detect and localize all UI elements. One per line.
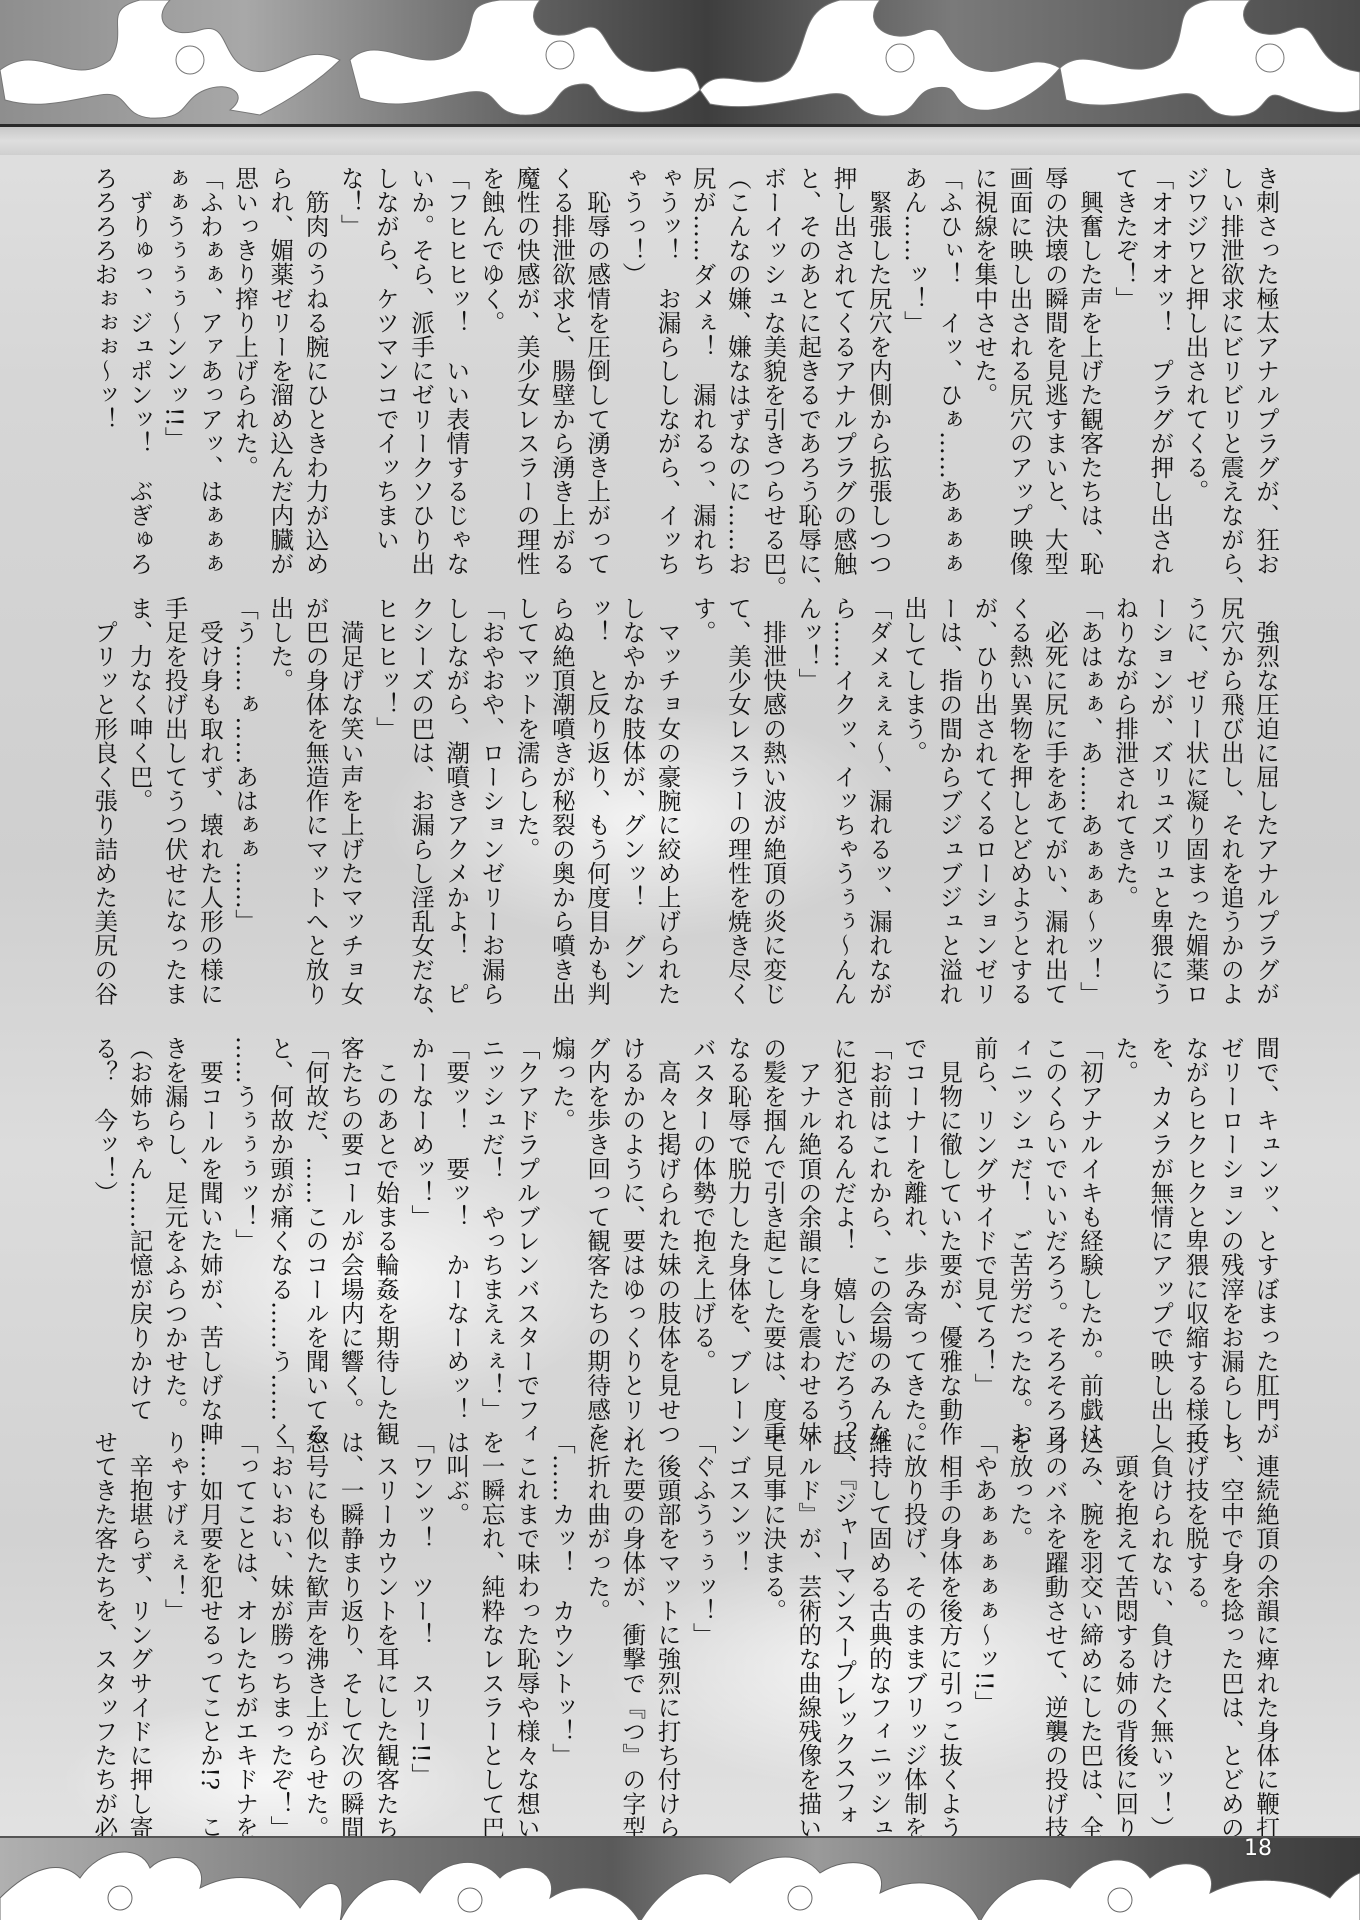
text-line: ーは、指の間からブジュブジュと溢れ bbox=[931, 596, 966, 1016]
text-line: 技、『ジャーマンスープレックスフォ bbox=[825, 1430, 860, 1830]
text-line: ……うぅぅぅッ！」 bbox=[227, 1036, 262, 1456]
text-line: れた要の身体が、衝撃で『つ』の字型 bbox=[614, 1430, 649, 1830]
text-line: 排泄快感の熱い波が絶頂の炎に変じ bbox=[755, 596, 790, 1016]
text-line: 要コールを聞いた姉が、苦しげな呻 bbox=[192, 1036, 227, 1456]
text-line: ち、空中で身を捻った巴は、とどめの bbox=[1213, 1430, 1248, 1830]
text-line: ずりゅっ、ジュポンッ！ ぶぎゅろ bbox=[121, 166, 156, 576]
text-line: が、ひり出されてくるローションゼリ bbox=[966, 596, 1001, 1016]
text-line: 筋肉のうねる腕にひときわ力が込め bbox=[297, 166, 332, 576]
text-line: は叫ぶ。 bbox=[438, 1430, 473, 1830]
text-tier-3: 間で、キュンッ、とすぼまった肛門が ゼリーローションの残滓をお漏らしし ながらヒ… bbox=[165, 1036, 1283, 1456]
tribal-ornament-icon bbox=[0, 0, 1360, 124]
text-line: ろろろろおぉぉぉ～ッ！ bbox=[86, 166, 121, 576]
text-line: 「……カッ！ カウントッ！」 bbox=[544, 1430, 579, 1830]
text-line: 「ふわぁぁ、アァあっアッ、はぁぁぁ bbox=[192, 166, 227, 576]
text-line: ィニッシュだ！ ご苦労だったな。お bbox=[1001, 1036, 1036, 1456]
text-line: らぬ絶頂潮噴きが秘裂の奥から噴き出 bbox=[544, 596, 579, 1016]
text-line: に放り投げ、そのままブリッジ体制を bbox=[896, 1430, 931, 1830]
text-line: （こんなの嫌、嫌なはずなのに……お bbox=[720, 166, 755, 576]
text-line: る？ 今ッ！） bbox=[86, 1036, 121, 1456]
text-line: 「ぐふうぅぅッ！」 bbox=[685, 1430, 720, 1830]
text-line: してマットを濡らした。 bbox=[509, 596, 544, 1016]
text-line: しなやかな肢体が、グンッ！ グン bbox=[614, 596, 649, 1016]
text-line: 辱の決壊の瞬間を見逃すまいと、大型 bbox=[1037, 166, 1072, 576]
text-line: 客たちの要コールが会場内に響く。 bbox=[333, 1036, 368, 1456]
text-line: 恥辱の感情を圧倒して湧き上がって bbox=[579, 166, 614, 576]
text-line: これまで味わった恥辱や様々な想い bbox=[509, 1430, 544, 1830]
text-line: 辛抱堪らず、リングサイドに押し寄 bbox=[121, 1430, 156, 1830]
text-line: このくらいでいいだろう。そろそろフ bbox=[1037, 1036, 1072, 1456]
text-line: （お姉ちゃん……記憶が戻りかけて bbox=[121, 1036, 156, 1456]
text-line: ジワジワと押し出されてくる。 bbox=[1177, 166, 1212, 576]
text-tier-1: き刺さった極太アナルプラグが、狂お しい排泄欲求にビリビリと震えながら、 ジワジ… bbox=[165, 166, 1283, 576]
text-tier-4: 連続絶頂の余韻に痺れた身体に鞭打 ち、空中で身を捻った巴は、とどめの 投げ技を脱… bbox=[165, 1430, 1283, 1830]
text-line: クシーズの巴は、お漏らし淫乱女だな、 bbox=[403, 596, 438, 1016]
text-line: ら……イクッ、イッちゃうぅぅ～んん bbox=[825, 596, 860, 1016]
text-line: 「クアドラプルブレンバスターでフィ bbox=[509, 1036, 544, 1456]
text-line: られ、媚薬ゼリーを溜め込んだ内臓が bbox=[262, 166, 297, 576]
text-line: プリッと形良く張り詰めた美尻の谷 bbox=[86, 596, 121, 1016]
text-line: ボーイッシュな美貌を引きつらせる巴。 bbox=[755, 166, 790, 576]
text-line: てきたぞ！」 bbox=[1107, 166, 1142, 576]
text-line: き刺さった極太アナルプラグが、狂お bbox=[1248, 166, 1283, 576]
text-line: ま、力なく呻く巴。 bbox=[121, 596, 156, 1016]
text-line: なる恥辱で脱力した身体を、ブレーン bbox=[720, 1036, 755, 1456]
text-line: スリーカウントを耳にした観客たち bbox=[368, 1430, 403, 1830]
text-line: 投げ技を脱する。 bbox=[1177, 1430, 1212, 1830]
header-border bbox=[0, 0, 1360, 127]
text-line: 「ってことは、オレたちがエキドナを bbox=[227, 1430, 262, 1830]
text-line: に視線を集中させた。 bbox=[966, 166, 1001, 576]
text-line: かーなーめッ！」 bbox=[403, 1036, 438, 1456]
text-line: 出してしまう。 bbox=[896, 596, 931, 1016]
text-line: んッ！」 bbox=[790, 596, 825, 1016]
text-line: 「やあぁぁぁぁぁ～ッ!!」 bbox=[966, 1430, 1001, 1830]
text-line: 「ふひぃ！ イッ、ひぁ……あぁぁぁ bbox=[931, 166, 966, 576]
text-line: 出した。 bbox=[262, 596, 297, 1016]
text-line: ねりながら排泄されてきた。 bbox=[1107, 596, 1142, 1016]
text-line: す。 bbox=[685, 596, 720, 1016]
text-line: に折れ曲がった。 bbox=[579, 1430, 614, 1830]
text-line: 「あはぁぁ、あ……あぁぁぁ～ッ！」 bbox=[1072, 596, 1107, 1016]
text-line: の髪を掴んで引き起こした要は、度重 bbox=[755, 1036, 790, 1456]
text-line: と、そのあとに起きるであろう恥辱に、 bbox=[790, 166, 825, 576]
text-line: が巴の身体を無造作にマットへと放り bbox=[297, 596, 332, 1016]
text-line: ……如月要を犯せるってことか!? こ bbox=[192, 1430, 227, 1830]
text-line: と、何故か頭が痛くなる……う……く bbox=[262, 1036, 297, 1456]
text-line: 画面に映し出される尻穴のアップ映像 bbox=[1001, 166, 1036, 576]
text-line: くる排泄欲求と、腸壁から湧き上がる bbox=[544, 166, 579, 576]
text-line: 「何故だ、……このコールを聞いてる bbox=[297, 1036, 332, 1456]
text-line: いか。そら、派手にゼリークソひり出 bbox=[403, 166, 438, 576]
text-line: 身のバネを躍動させて、逆襲の投げ技 bbox=[1037, 1430, 1072, 1830]
text-line: あん……ッ！」 bbox=[896, 166, 931, 576]
text-line: 緊張した尻穴を内側から拡張しつつ bbox=[861, 166, 896, 576]
text-line: ールド』が、芸術的な曲線残像を描い bbox=[790, 1430, 825, 1830]
text-line: けるかのように、要はゆっくりとリン bbox=[614, 1036, 649, 1456]
text-line: た。 bbox=[1107, 1036, 1142, 1456]
text-line: 尻が……ダメぇ！ 漏れるっ、漏れち bbox=[685, 166, 720, 576]
text-line: 強烈な圧迫に屈したアナルプラグが bbox=[1248, 596, 1283, 1016]
text-line: に犯されるんだよ！ 嬉しいだろう？」 bbox=[825, 1036, 860, 1456]
text-line: 後頭部をマットに強烈に打ち付けら bbox=[649, 1430, 684, 1830]
text-line: な！」 bbox=[333, 166, 368, 576]
text-line: ながらヒクヒクと卑猥に収縮する様子 bbox=[1177, 1036, 1212, 1456]
text-line: 「フヒヒヒッ！ いい表情するじゃな bbox=[438, 166, 473, 576]
text-line: ゃうッ！ お漏らししながら、イッち bbox=[649, 166, 684, 576]
text-line: を一瞬忘れ、純粋なレスラーとして巴 bbox=[473, 1430, 508, 1830]
text-line: ニッシュだ！ やっちまえぇぇ！」 bbox=[473, 1036, 508, 1456]
text-line: 「う……ぁ……あはぁぁ……」 bbox=[227, 596, 262, 1016]
header-silver-band bbox=[0, 127, 1360, 155]
text-line: 維持して固める古典的なフィニッシュ bbox=[861, 1430, 896, 1830]
text-line: 「おいおい、妹が勝っちまったぞ！」 bbox=[262, 1430, 297, 1830]
text-line: は、一瞬静まり返り、そして次の瞬間、 bbox=[333, 1430, 368, 1830]
text-line: （負けられない、負けたく無いッ！） bbox=[1142, 1430, 1177, 1830]
footer-border bbox=[0, 1836, 1360, 1920]
text-line: 「ワンッ！ ツー！ スリー!!」 bbox=[403, 1430, 438, 1830]
text-line: 見物に徹していた要が、優雅な動作 bbox=[931, 1036, 966, 1456]
text-line: ぁぁうぅぅぅ～ンンッ!!」 bbox=[157, 166, 192, 576]
text-line: しい排泄欲求にビリビリと震えながら、 bbox=[1213, 166, 1248, 576]
text-line: 込み、腕を羽交い締めにした巴は、全 bbox=[1072, 1430, 1107, 1830]
text-line: を、カメラが無情にアップで映し出し bbox=[1142, 1036, 1177, 1456]
tribal-ornament-icon bbox=[0, 1838, 1360, 1920]
text-line: ヒヒヒッ！」 bbox=[368, 596, 403, 1016]
text-line: マッチョ女の豪腕に絞め上げられた bbox=[649, 596, 684, 1016]
text-line: せてきた客たちを、スタッフたちが必 bbox=[86, 1430, 121, 1830]
text-line: 「お前はこれから、この会場のみんな bbox=[861, 1036, 896, 1456]
text-line: 受け身も取れず、壊れた人形の様に bbox=[192, 596, 227, 1016]
text-line: アナル絶頂の余韻に身を震わせる妹 bbox=[790, 1036, 825, 1456]
text-line: しながら、ケツマンコでイッちまい bbox=[368, 166, 403, 576]
text-line: バスターの体勢で抱え上げる。 bbox=[685, 1036, 720, 1456]
text-line: 「初アナルイキも経験したか。前戯は bbox=[1072, 1036, 1107, 1456]
text-line: グ内を歩き回って観客たちの期待感を bbox=[579, 1036, 614, 1456]
text-line: このあとで始まる輪姦を期待した観 bbox=[368, 1036, 403, 1456]
text-line: を蝕んでゆく。 bbox=[473, 166, 508, 576]
text-line: 間で、キュンッ、とすぼまった肛門が bbox=[1248, 1036, 1283, 1456]
text-line: 尻穴から飛び出し、それを追うかのよ bbox=[1213, 596, 1248, 1016]
text-line: りゃすげぇぇ！」 bbox=[157, 1430, 192, 1830]
text-line: 思いっきり搾り上げられた。 bbox=[227, 166, 262, 576]
text-line: 魔性の快感が、美少女レスラーの理性 bbox=[509, 166, 544, 576]
text-line: 相手の身体を後方に引っこ抜くよう bbox=[931, 1430, 966, 1830]
text-line: 「おやおや、ローションゼリーお漏ら bbox=[473, 596, 508, 1016]
text-line: て、美少女レスラーの理性を焼き尽く bbox=[720, 596, 755, 1016]
text-line: きを漏らし、足元をふらつかせた。 bbox=[157, 1036, 192, 1456]
text-line: 連続絶頂の余韻に痺れた身体に鞭打 bbox=[1248, 1430, 1283, 1830]
text-line: 「オオオオッ！ プラグが押し出され bbox=[1142, 166, 1177, 576]
text-line: 前ら、リングサイドで見てろ！」 bbox=[966, 1036, 1001, 1456]
text-line: ししながら、潮噴きアクメかよ！ ピ bbox=[438, 596, 473, 1016]
text-line: うに、ゼリー状に凝り固まった媚薬ロ bbox=[1177, 596, 1212, 1016]
text-line: て見事に決まる。 bbox=[755, 1430, 790, 1830]
text-line: 興奮した声を上げた観客たちは、恥 bbox=[1072, 166, 1107, 576]
text-line: ッ！ と反り返り、もう何度目かも判 bbox=[579, 596, 614, 1016]
text-line: くる熱い異物を押しとどめようとする bbox=[1001, 596, 1036, 1016]
text-tier-2: 強烈な圧迫に屈したアナルプラグが 尻穴から飛び出し、それを追うかのよ うに、ゼリ… bbox=[165, 596, 1283, 1016]
text-line: 煽った。 bbox=[544, 1036, 579, 1456]
text-line: 「要ッ！ 要ッ！ かーなーめッ！ bbox=[438, 1036, 473, 1456]
text-line: ゼリーローションの残滓をお漏らしし bbox=[1213, 1036, 1248, 1456]
text-line: ゴスンッ！ bbox=[720, 1430, 755, 1830]
text-line: 押し出されてくるアナルプラグの感触 bbox=[825, 166, 860, 576]
text-line: 怒号にも似た歓声を沸き上がらせた。 bbox=[297, 1430, 332, 1830]
text-line: 満足げな笑い声を上げたマッチョ女 bbox=[333, 596, 368, 1016]
text-line: を放った。 bbox=[1001, 1430, 1036, 1830]
text-line: 頭を抱えて苦悶する姉の背後に回り bbox=[1107, 1430, 1142, 1830]
text-line: 「ダメぇぇぇ～、漏れるッ、漏れなが bbox=[861, 596, 896, 1016]
page-number: 18 bbox=[1244, 1836, 1272, 1861]
text-line: 高々と掲げられた妹の肢体を見せつ bbox=[649, 1036, 684, 1456]
text-line: 手足を投げ出してうつ伏せになったま bbox=[157, 596, 192, 1016]
text-line: ゃうっ！） bbox=[614, 166, 649, 576]
text-line: 必死に尻に手をあてがい、漏れ出て bbox=[1037, 596, 1072, 1016]
text-line: ーションが、ズリュズリュと卑猥にう bbox=[1142, 596, 1177, 1016]
text-line: でコーナーを離れ、歩み寄ってきた。 bbox=[896, 1036, 931, 1456]
